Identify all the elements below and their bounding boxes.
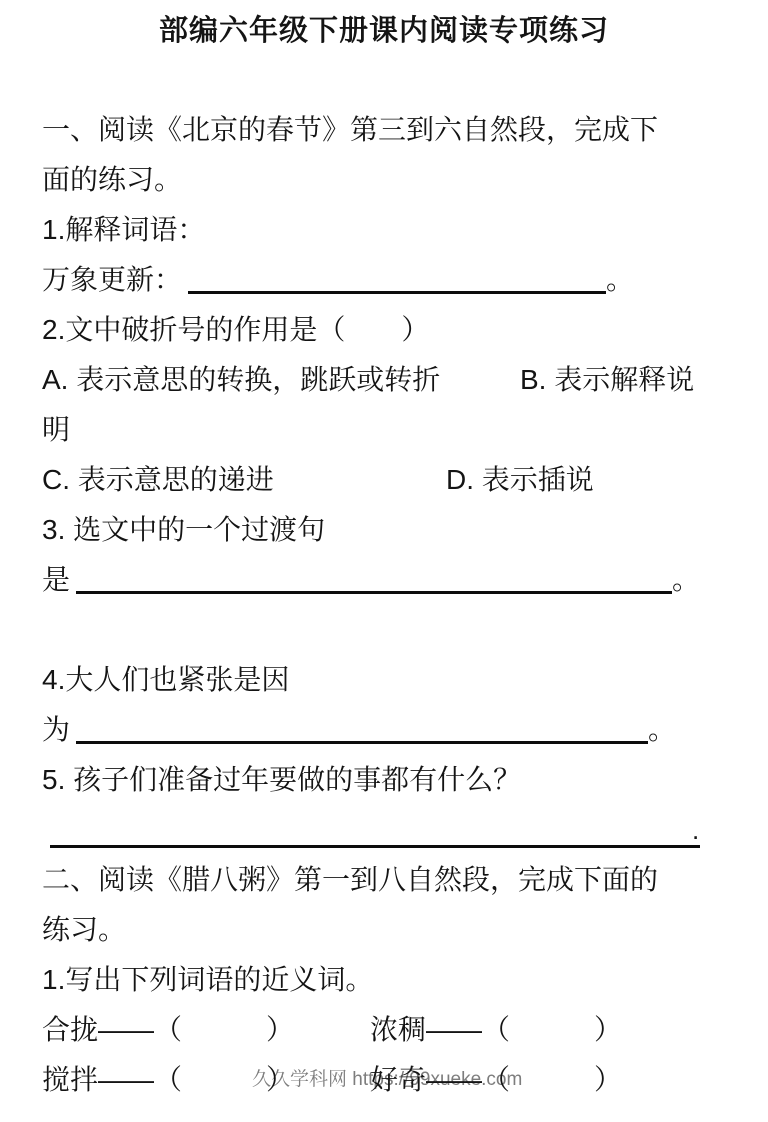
q2-option-c: C. 表示意思的递进 — [42, 464, 274, 495]
section1-heading-line2: 面的练习。 — [42, 155, 728, 205]
q2-option-a: A. 表示意思的转换，跳跃或转折 — [42, 364, 440, 395]
spacer-row — [42, 605, 728, 655]
q4-label: 4.大人们也紧张是因 — [42, 655, 728, 705]
q4-answer-row: 为。 — [42, 705, 728, 755]
q2-options-cd: C. 表示意思的递进D. 表示插说 — [42, 455, 728, 505]
q5-answer-row: . — [42, 805, 728, 855]
synonym-pair-row2: 搅拌——（ ）好奇——（ ） — [42, 1055, 728, 1105]
q4-period: 。 — [648, 714, 676, 745]
section2-q1-label: 1.写出下列词语的近义词。 — [42, 955, 728, 1005]
q1-period: 。 — [606, 264, 634, 295]
worksheet-title: 部编六年级下册课内阅读专项练习 — [0, 12, 768, 50]
q1-answer-row: 万象更新：。 — [42, 255, 728, 305]
q3-label: 3. 选文中的一个过渡句 — [42, 505, 728, 555]
section2-heading-line1: 二、阅读《腊八粥》第一到八自然段，完成下面的 — [42, 855, 728, 905]
q5-answer-blank — [50, 845, 700, 848]
pair1-left: 合拢——（ ） — [42, 1014, 294, 1045]
q4-answer-blank — [76, 741, 648, 744]
q4-prefix: 为 — [42, 714, 70, 745]
worksheet-body: 一、阅读《北京的春节》第三到六自然段，完成下 面的练习。 1.解释词语： 万象更… — [42, 105, 728, 1105]
q1-label: 1.解释词语： — [42, 205, 728, 255]
q2-option-d: D. 表示插说 — [446, 455, 594, 505]
q2-options-ab: A. 表示意思的转换，跳跃或转折B. 表示解释说 — [42, 355, 728, 405]
q1-answer-blank — [188, 291, 606, 294]
q2-option-b-wrap: 明 — [42, 405, 728, 455]
synonym-pair-row1: 合拢——（ ）浓稠——（ ） — [42, 1005, 728, 1055]
q2-option-b: B. 表示解释说 — [520, 355, 694, 405]
q3-period: 。 — [672, 564, 700, 595]
pair1-right: 浓稠——（ ） — [370, 1005, 622, 1055]
q3-prefix: 是 — [42, 564, 70, 595]
q2-label: 2.文中破折号的作用是（ ） — [42, 305, 728, 355]
q3-answer-blank — [76, 591, 672, 594]
q1-term: 万象更新： — [42, 264, 182, 295]
q3-answer-row: 是。 — [42, 555, 728, 605]
q5-period: . — [692, 815, 699, 845]
section2-heading-line2: 练习。 — [42, 905, 728, 955]
pair2-right: 好奇——（ ） — [370, 1055, 622, 1105]
pair2-left: 搅拌——（ ） — [42, 1064, 294, 1095]
section1-heading-line1: 一、阅读《北京的春节》第三到六自然段，完成下 — [42, 105, 728, 155]
q5-label: 5. 孩子们准备过年要做的事都有什么？ — [42, 755, 728, 805]
worksheet-page: 久久学科网 https://99xueke.com 部编六年级下册课内阅读专项练… — [0, 0, 768, 1122]
